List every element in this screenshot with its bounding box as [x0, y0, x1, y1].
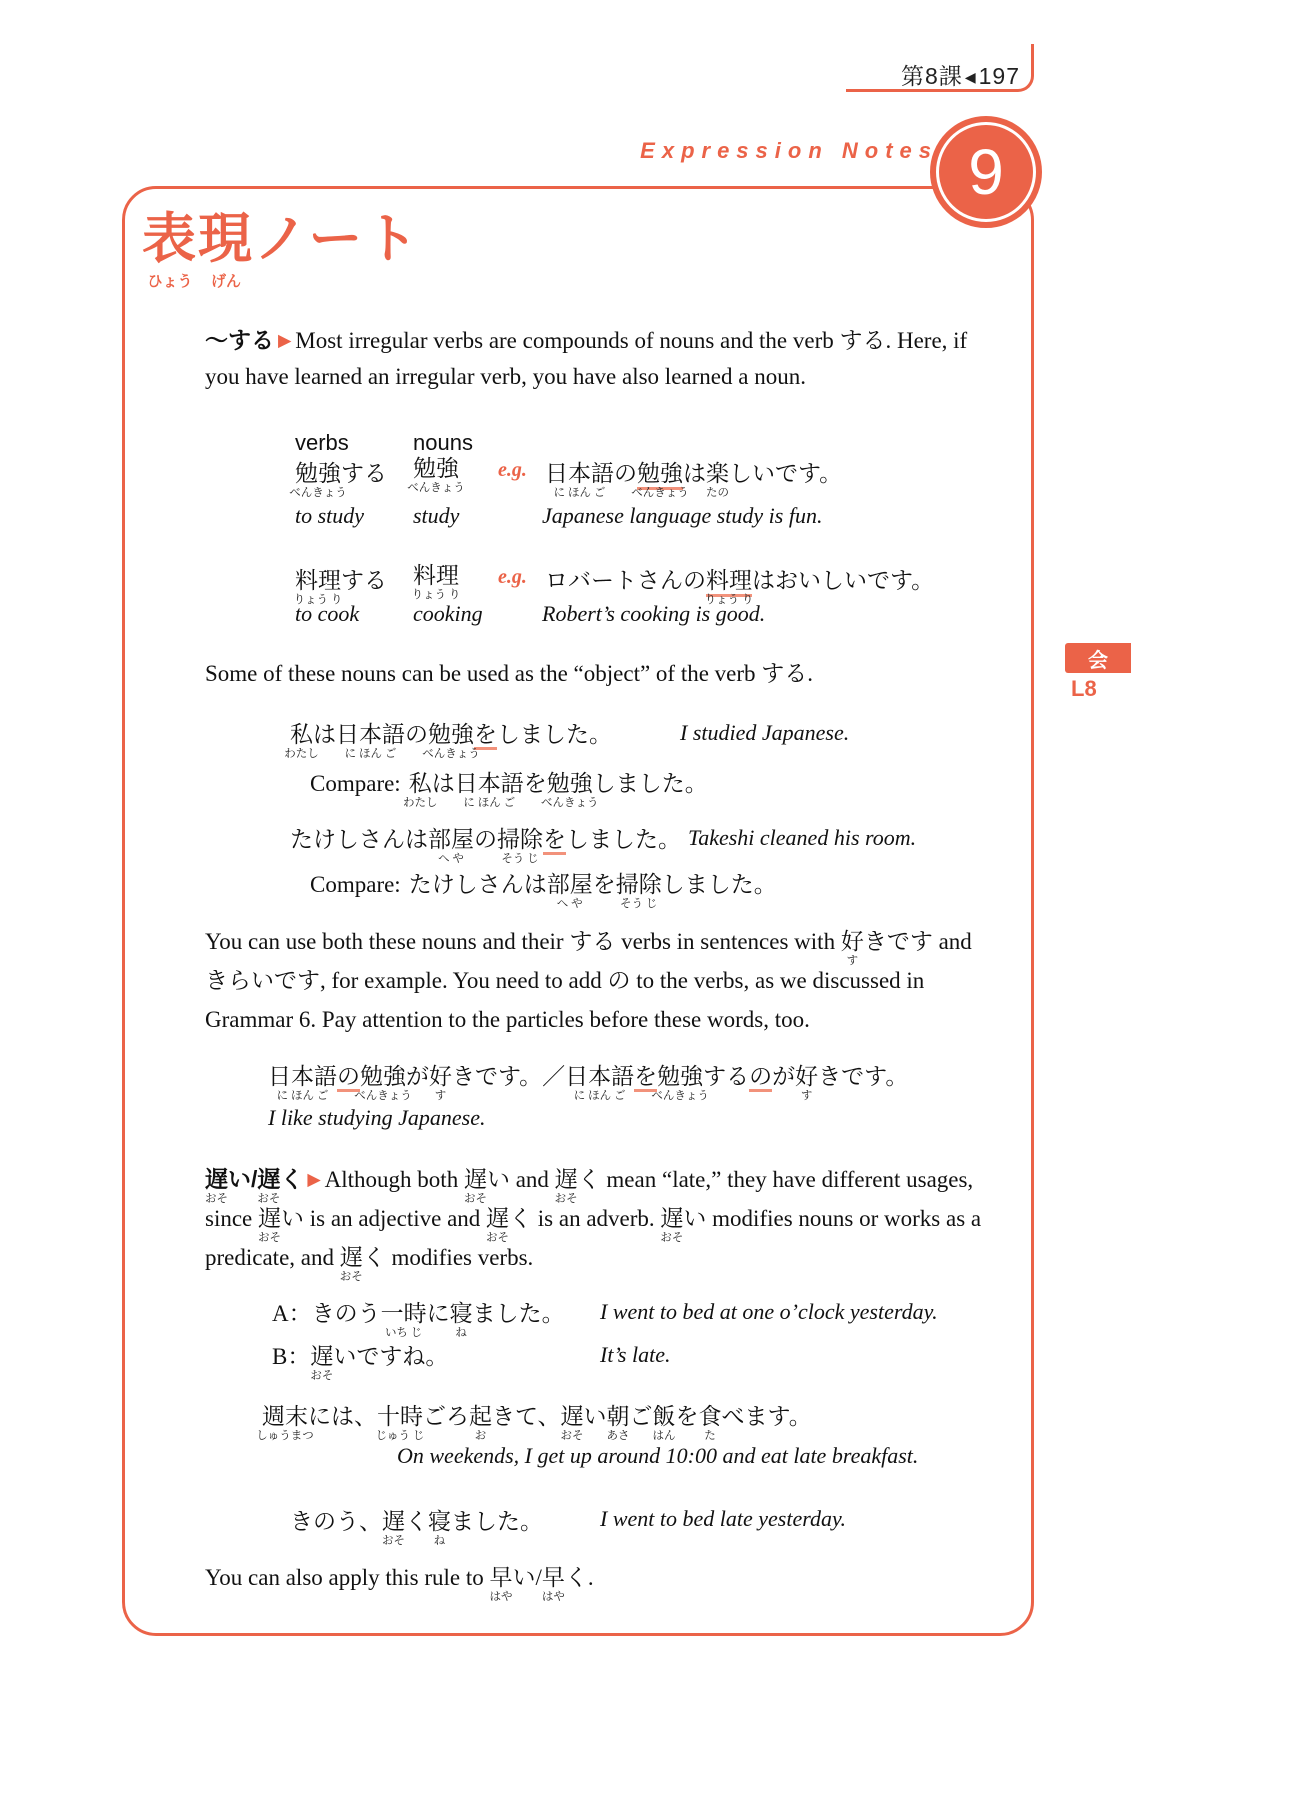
table-row-noun: 勉強べんきょう	[413, 455, 459, 482]
example-sentence: 私わたしは日本語に ほん ごの勉強べんきょうをしました。	[290, 716, 612, 749]
example-sentence: 日本語に ほん ごの勉強べんきょうが好すきです。／日本語に ほん ごを勉強べんき…	[268, 1058, 908, 1091]
example-translation: Japanese language study is fun.	[542, 503, 822, 529]
dialogue-line-a: A：きのう一時いち じに寝ねました。	[272, 1295, 565, 1328]
table-row-verb: 料理りょう りする	[295, 562, 387, 595]
compare-sentence: たけしさんは部屋へ やを掃除そう じしました。	[409, 872, 777, 897]
suki-note-paragraph: You can use both these nouns and their す…	[205, 922, 993, 1039]
eg-label: e.g.	[498, 566, 527, 589]
noun-translation: cooking	[413, 601, 483, 627]
dialogue-translation-a: I went to bed at one o’clock yesterday.	[600, 1299, 938, 1325]
suru-intro-paragraph: 〜する▶Most irregular verbs are compounds o…	[205, 322, 985, 395]
badge-number: 9	[939, 125, 1033, 219]
column-header-nouns: nouns	[413, 430, 473, 456]
compare-line: Compare:私わたしは日本語に ほん ごを勉強べんきょうしました。	[310, 765, 708, 798]
dialogue-line-b: B：遅おそいですね。	[272, 1338, 448, 1371]
side-lesson-label: L8	[1071, 676, 1097, 702]
table-row-verb: 勉強べんきょうする	[295, 455, 387, 488]
textbook-page: 第8課◀197 Expression Notes 9 表ひょう現げんノート 会 …	[0, 0, 1300, 1800]
table-row-noun: 料理りょう り	[413, 562, 459, 589]
example-sentence: 週末しゅうまつには、十時じゅう じごろ起おきて、遅おそい朝あさご飯はんを食たべま…	[262, 1398, 812, 1431]
compare-label: Compare:	[310, 771, 401, 796]
object-note-paragraph: Some of these nouns can be used as the “…	[205, 656, 995, 692]
verb-translation: to study	[295, 503, 364, 529]
verb-translation: to cook	[295, 601, 359, 627]
lesson-note-badge: 9	[930, 116, 1042, 228]
example-sentence: たけしさんは部屋へ やの掃除そう じをしました。	[290, 821, 681, 854]
compare-label: Compare:	[310, 872, 401, 897]
table-row-example: ロバートさんの料理りょう りはおいしいです。	[545, 562, 934, 597]
header-rule	[846, 44, 1034, 92]
example-translation: Takeshi cleaned his room.	[688, 825, 916, 851]
expression-notes-label: Expression Notes	[480, 138, 938, 164]
closing-note-paragraph: You can also apply this rule to 早はやい/早はや…	[205, 1560, 985, 1596]
column-header-verbs: verbs	[295, 430, 349, 456]
example-translation: Robert’s cooking is good.	[542, 601, 765, 627]
example-sentence: きのう、遅おそく寝ねました。	[290, 1503, 543, 1536]
side-tab-kai: 会	[1065, 643, 1131, 673]
dialogue-translation-b: It’s late.	[600, 1342, 670, 1368]
compare-line: Compare:たけしさんは部屋へ やを掃除そう じしました。	[310, 866, 777, 899]
example-translation: On weekends, I get up around 10:00 and e…	[397, 1443, 918, 1469]
example-translation: I studied Japanese.	[680, 720, 849, 746]
example-translation: I went to bed late yesterday.	[600, 1506, 846, 1532]
example-translation: I like studying Japanese.	[268, 1105, 486, 1131]
page-title: 表ひょう現げんノート	[142, 196, 420, 273]
osoi-intro-paragraph: 遅おそい/遅おそく▶Although both 遅おそい and 遅おそく me…	[205, 1160, 993, 1277]
table-row-example: 日本語に ほん ごの勉強べんきょうは楽たのしいです。	[545, 455, 842, 490]
noun-translation: study	[413, 503, 459, 529]
eg-label: e.g.	[498, 459, 527, 482]
compare-sentence: 私わたしは日本語に ほん ごを勉強べんきょうしました。	[409, 771, 708, 796]
